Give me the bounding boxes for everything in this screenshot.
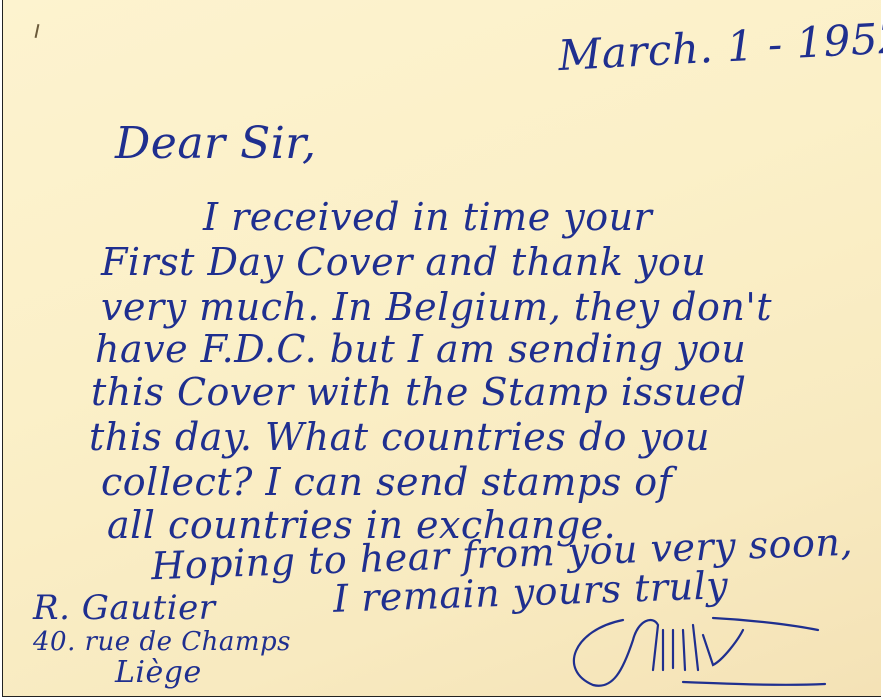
sender-city: Liège xyxy=(115,655,202,690)
body-line-7: collect? I can send stamps of xyxy=(101,460,672,504)
sender-name: R. Gautier xyxy=(33,588,215,628)
sender-street: 40. rue de Champs xyxy=(33,627,291,657)
signature-scrawl-icon xyxy=(563,600,833,690)
salutation: Dear Sir, xyxy=(115,118,316,169)
body-line-1: I received in time your xyxy=(203,195,652,239)
letter-date: March. 1 - 1952 xyxy=(557,13,883,80)
body-line-4: have F.D.C. but I am sending you xyxy=(95,327,746,371)
body-line-2: First Day Cover and thank you xyxy=(101,240,706,284)
body-line-5: this Cover with the Stamp issued xyxy=(91,370,746,414)
body-line-6: this day. What countries do you xyxy=(89,415,710,459)
letter-page: March. 1 - 1952 Dear Sir, I received in … xyxy=(2,0,881,697)
body-line-3: very much. In Belgium, they don't xyxy=(101,285,772,329)
paper-mark xyxy=(35,24,40,38)
